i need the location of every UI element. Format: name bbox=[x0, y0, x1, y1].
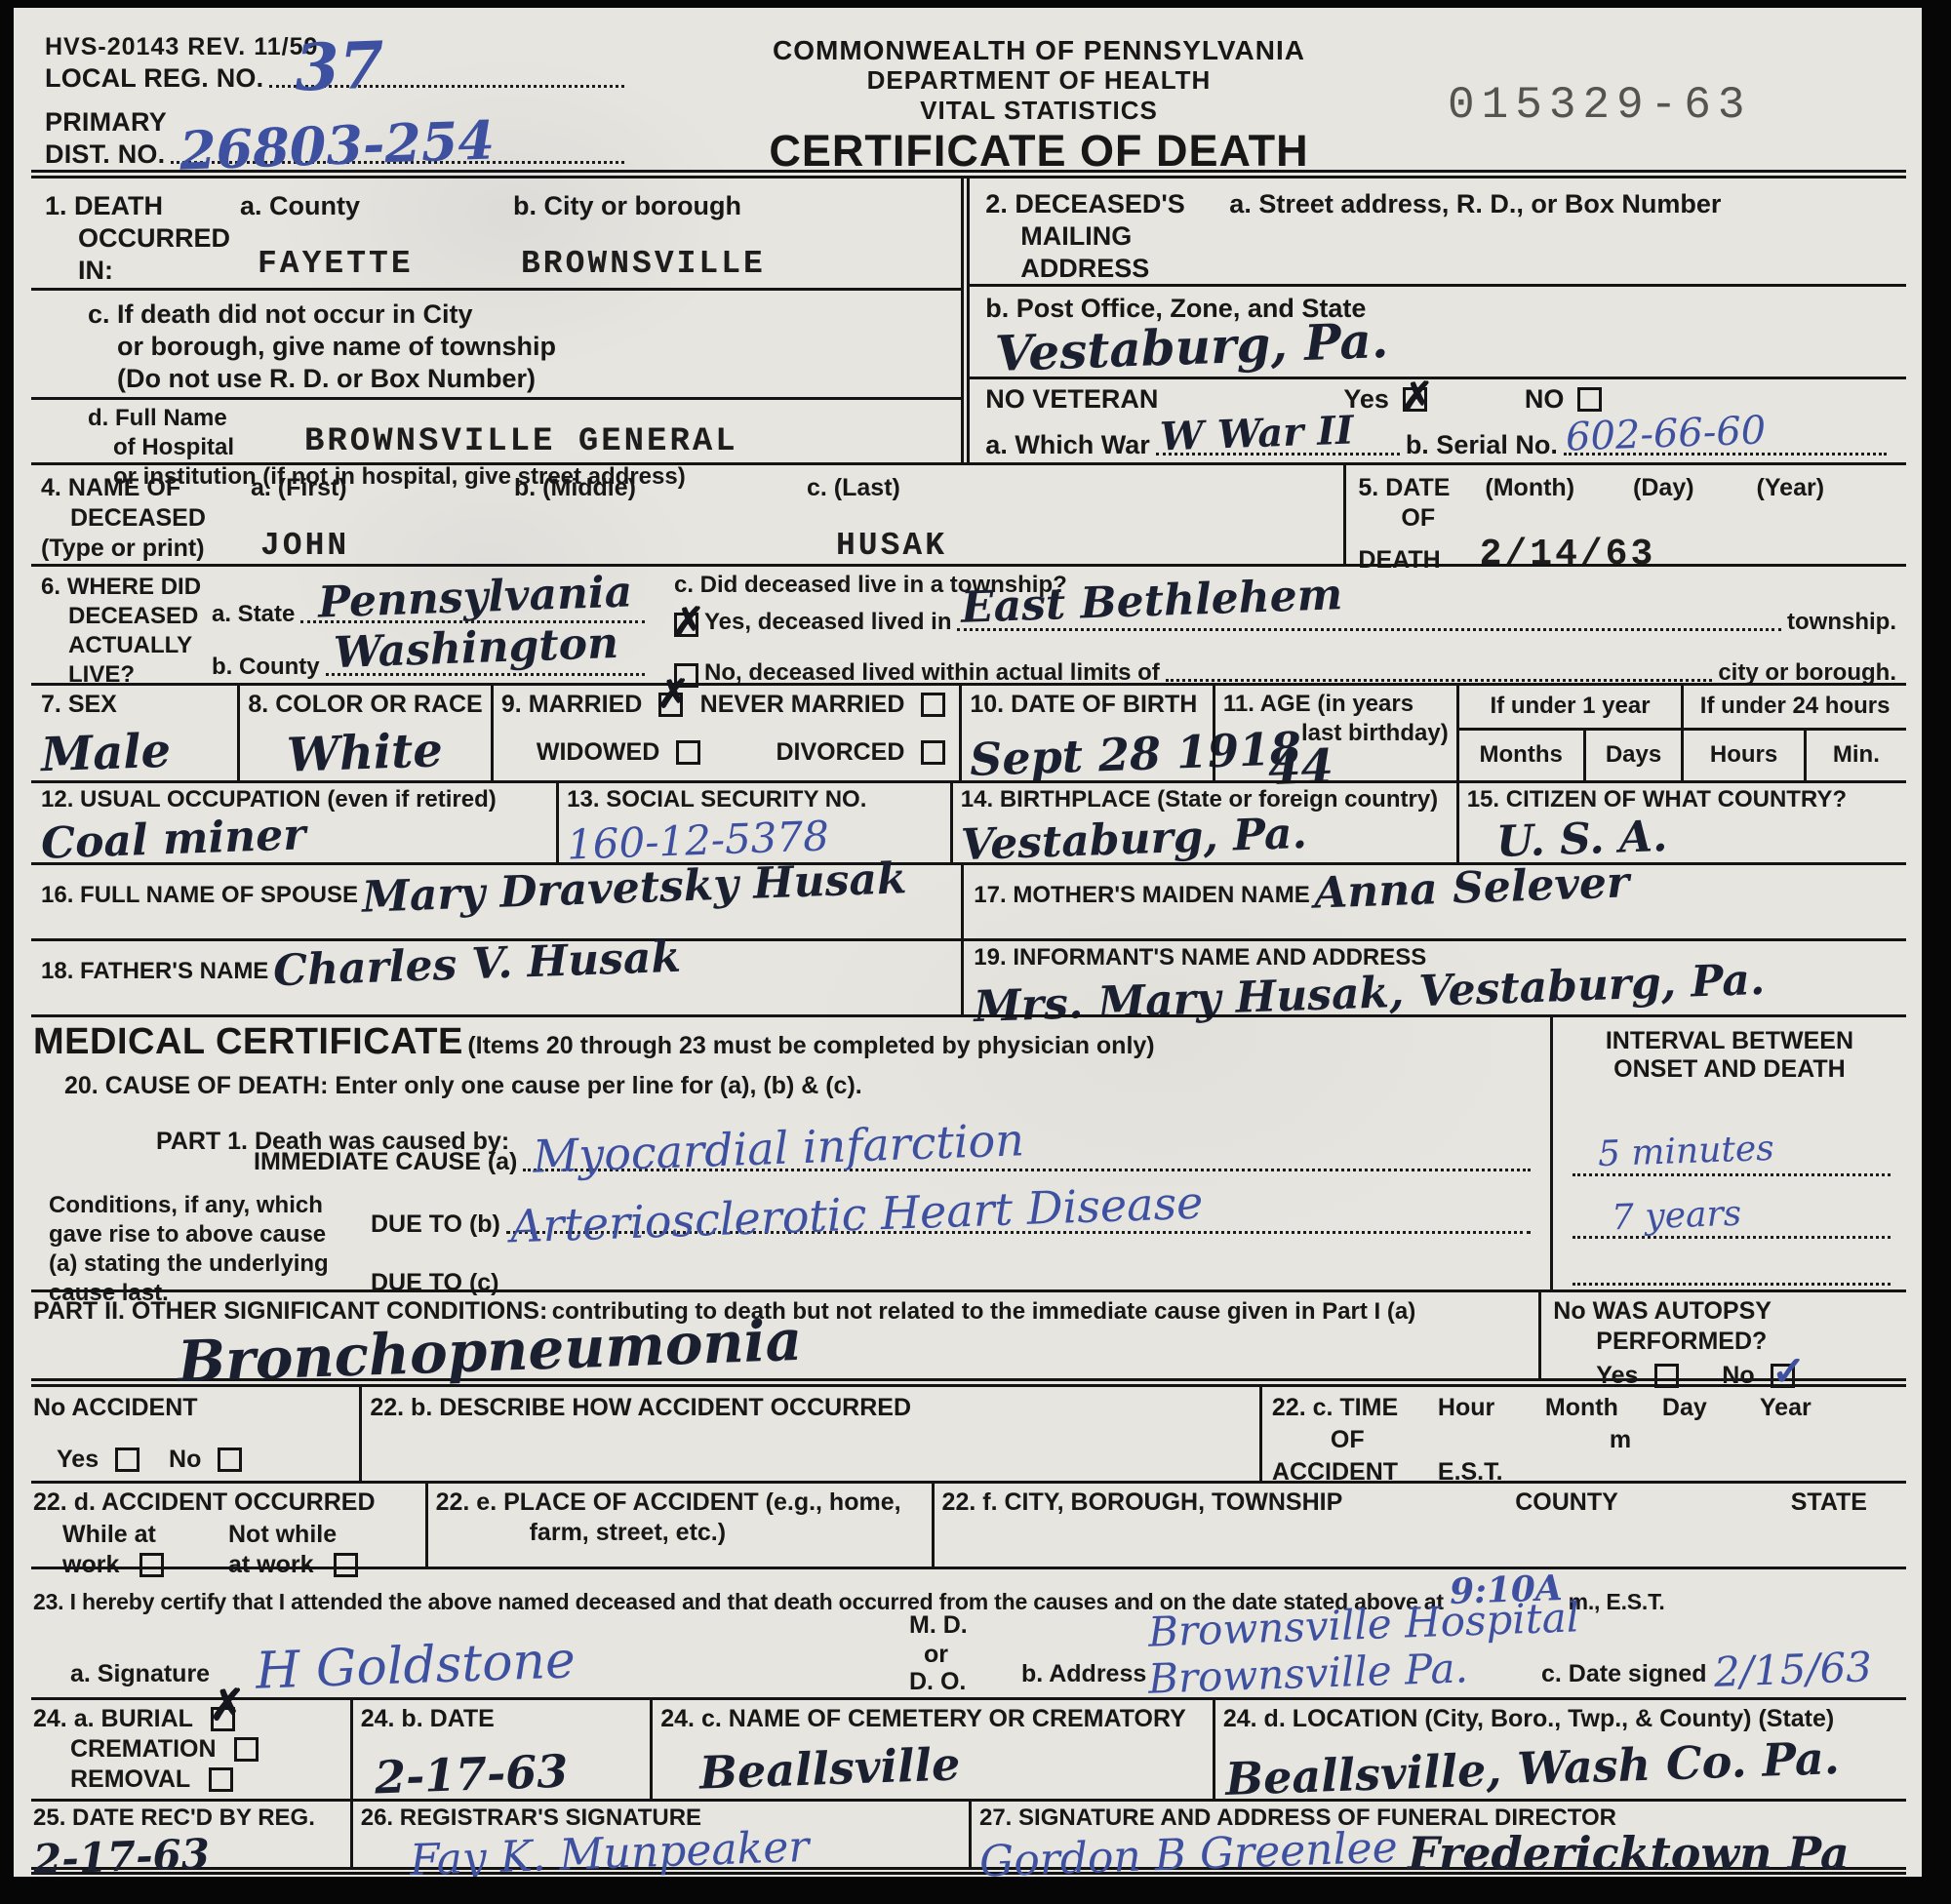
item-23-number: 23. bbox=[33, 1589, 63, 1614]
veteran-yes-checkbox: ✗ bbox=[1403, 387, 1427, 412]
veteran-no-checkbox bbox=[1577, 387, 1602, 412]
dist-no-label: DIST. NO. bbox=[45, 139, 165, 170]
first-name-label: a. (First) bbox=[251, 473, 514, 503]
accident-label: ACCIDENT bbox=[71, 1394, 197, 1421]
mother-value: Anna Selever bbox=[1313, 857, 1630, 918]
commonwealth-line: COMMONWEALTH OF PENNSYLVANIA bbox=[630, 35, 1448, 65]
physician-signature-label: a. Signature bbox=[70, 1659, 210, 1689]
sex-value: Male bbox=[40, 724, 172, 783]
cause-of-death-label: CAUSE OF DEATH: Enter only one cause per… bbox=[105, 1072, 862, 1099]
autopsy-yes-checkbox bbox=[1654, 1364, 1679, 1388]
city-borough-label: b. City or borough bbox=[513, 190, 961, 222]
do-label: D. O. bbox=[909, 1667, 966, 1697]
married-label: MARRIED bbox=[529, 691, 643, 718]
burial-mark: ✗ bbox=[209, 1690, 245, 1721]
box-1-death-occurred: 1. DEATH OCCURRED IN: a. County FAYETTE … bbox=[31, 178, 961, 462]
row-25-27: 25. DATE REC'D BY REG. 2-17-63 26. REGIS… bbox=[31, 1799, 1906, 1875]
father-value: Charles V. Husak bbox=[272, 932, 681, 997]
county-col-label: COUNTY bbox=[1515, 1487, 1618, 1518]
box-23-certification: 23. I hereby certify that I attended the… bbox=[31, 1567, 1906, 1697]
row-16-17: 16. FULL NAME OF SPOUSE Mary Dravetsky H… bbox=[31, 862, 1906, 938]
serial-no-value: 602-66-60 bbox=[1565, 408, 1767, 459]
box-14-birthplace: 14. BIRTHPLACE (State or foreign country… bbox=[950, 783, 1456, 862]
autopsy-no-checkbox: ✓ bbox=[1771, 1364, 1795, 1388]
item-6-number: 6. bbox=[41, 574, 60, 600]
city-borough-value: BROWNSVILLE bbox=[521, 248, 961, 280]
death-occurred-label3: IN: bbox=[45, 255, 240, 287]
under-1-year-label: If under 1 year bbox=[1459, 686, 1682, 731]
item-25-number: 25. bbox=[33, 1805, 65, 1831]
divorced-checkbox bbox=[921, 740, 945, 765]
box-4-name-of-deceased: 4. NAME OF DECEASED (Type or print) a. (… bbox=[31, 465, 1343, 564]
which-war-label: a. Which War bbox=[985, 429, 1150, 461]
occupation-label: USUAL OCCUPATION (even if retired) bbox=[80, 786, 497, 813]
item-16-number: 16. bbox=[41, 882, 73, 908]
item-18-number: 18. bbox=[41, 958, 73, 984]
item-20-number: 20. bbox=[64, 1072, 99, 1099]
box-11-age: 11. AGE (in years last birthday) 44 bbox=[1213, 686, 1456, 780]
veteran-yes-mark: ✗ bbox=[1401, 374, 1434, 419]
residence-deceased-label: DECEASED bbox=[41, 602, 212, 631]
township-name-line: East Bethlehem bbox=[957, 628, 1781, 631]
item-17-number: 17. bbox=[974, 882, 1006, 908]
box-17-mother: 17. MOTHER'S MAIDEN NAME Anna Selever bbox=[961, 865, 1906, 938]
medical-certificate-block: MEDICAL CERTIFICATE (Items 20 through 23… bbox=[31, 1014, 1906, 1289]
burial-checkbox: ✗ bbox=[211, 1707, 235, 1731]
under-24-hours-block: If under 24 hours Hours Min. bbox=[1681, 686, 1906, 780]
time-label: TIME bbox=[1339, 1394, 1398, 1421]
item-24b-number: 24. b. bbox=[361, 1705, 423, 1732]
box-22d-occurred: 22. d. ACCIDENT OCCURRED While at Not wh… bbox=[31, 1484, 425, 1567]
ssn-label: SOCIAL SECURITY NO. bbox=[606, 786, 866, 813]
row-7-11: 7. SEX Male 8. COLOR OR RACE White 9. MA… bbox=[31, 683, 1906, 780]
local-reg-label: LOCAL REG. NO. bbox=[45, 63, 263, 94]
autopsy-label1: WAS AUTOPSY bbox=[1593, 1297, 1772, 1325]
birthplace-label: BIRTHPLACE (State or foreign country) bbox=[1000, 786, 1438, 813]
box-24a-burial: 24. a. BURIAL ✗ CREMATION REMOVAL bbox=[31, 1700, 350, 1799]
box-10-date-of-birth: 10. DATE OF BIRTH Sept 28 1918 bbox=[959, 686, 1212, 780]
funeral-director-signature: Gordon B Greenlee bbox=[978, 1823, 1398, 1877]
immediate-cause-line: Myocardial infarction bbox=[523, 1169, 1530, 1171]
item-21-number: No bbox=[1553, 1297, 1585, 1325]
autopsy-yes-label: Yes bbox=[1596, 1362, 1638, 1389]
part2-row: PART II. OTHER SIGNIFICANT CONDITIONS: c… bbox=[31, 1289, 1906, 1387]
hospital-name-value: BROWNSVILLE GENERAL bbox=[304, 423, 738, 460]
interval-a-value: 5 minutes bbox=[1597, 1129, 1774, 1174]
race-value: White bbox=[286, 723, 444, 783]
veteran-no-label: NO bbox=[1525, 383, 1565, 416]
birthplace-value: Vestaburg, Pa. bbox=[960, 809, 1307, 870]
min-label: Min. bbox=[1804, 731, 1906, 780]
township-note-line2: or borough, give name of township bbox=[88, 331, 961, 363]
item-24a-number: 24. a. bbox=[33, 1705, 95, 1732]
date-signed-value: 2/15/63 bbox=[1713, 1643, 1873, 1696]
time-of-label: OF bbox=[1272, 1425, 1496, 1455]
item-1-number: 1. bbox=[45, 191, 67, 220]
medical-certificate-title: MEDICAL CERTIFICATE bbox=[33, 1021, 463, 1062]
day-label: (Day) bbox=[1633, 473, 1694, 503]
which-war-line: W War II bbox=[1156, 453, 1400, 456]
street-address-label: a. Street address, R. D., or Box Number bbox=[1229, 188, 1906, 220]
autopsy-label2: PERFORMED? bbox=[1553, 1327, 1896, 1357]
box-12-occupation: 12. USUAL OCCUPATION (even if retired) C… bbox=[31, 783, 556, 862]
year-col-label: Year bbox=[1760, 1393, 1812, 1423]
married-checkbox: ✗ bbox=[658, 693, 683, 717]
while-at-label: While at bbox=[62, 1520, 228, 1550]
local-reg-number: 37 bbox=[294, 26, 386, 105]
box-16-spouse: 16. FULL NAME OF SPOUSE Mary Dravetsky H… bbox=[31, 865, 961, 938]
physician-address-label: b. Address bbox=[1021, 1659, 1146, 1689]
citizen-label: CITIZEN OF WHAT COUNTRY? bbox=[1506, 786, 1847, 813]
certify-suffix: m., E.S.T. bbox=[1569, 1589, 1665, 1614]
box-21-autopsy: No WAS AUTOPSY PERFORMED? Yes No ✓ bbox=[1538, 1292, 1906, 1378]
md-label: M. D. bbox=[909, 1610, 968, 1641]
interval-c-line bbox=[1573, 1283, 1891, 1286]
conditions-label2: gave rise to above cause bbox=[49, 1220, 371, 1249]
box-27-funeral-director: 27. SIGNATURE AND ADDRESS OF FUNERAL DIR… bbox=[969, 1802, 1906, 1867]
widowed-checkbox bbox=[676, 740, 700, 765]
month-label: (Month) bbox=[1485, 473, 1574, 503]
deceased-label: DECEASED bbox=[41, 503, 251, 534]
box-26-registrar: 26. REGISTRAR'S SIGNATURE Fay K. Munpeak… bbox=[350, 1802, 969, 1867]
immediate-cause-value: Myocardial infarction bbox=[533, 1113, 1026, 1183]
interval-b-line: 7 years bbox=[1573, 1236, 1891, 1239]
death-occurred-label: DEATH bbox=[74, 191, 163, 220]
date-received-label: DATE REC'D BY REG. bbox=[72, 1805, 315, 1831]
date-signed-label: c. Date signed bbox=[1541, 1659, 1707, 1689]
item-22b-number: 22. b. bbox=[370, 1394, 432, 1421]
conditions-label1: Conditions, if any, which bbox=[49, 1191, 371, 1220]
autopsy-no-label: No bbox=[1722, 1362, 1754, 1389]
state-col-label: STATE bbox=[1791, 1487, 1867, 1518]
immediate-cause-label: IMMEDIATE CAUSE (a) bbox=[254, 1147, 517, 1177]
box-22f-city: 22. f. CITY, BOROUGH, TOWNSHIP COUNTY ST… bbox=[932, 1484, 1906, 1567]
item-14-number: 14. bbox=[961, 786, 993, 813]
never-married-checkbox bbox=[921, 693, 945, 717]
mailing-label: MAILING bbox=[985, 220, 1229, 253]
box-5-date-of-death: 5. DATE (Month) (Day) (Year) OF DEATH 2/… bbox=[1343, 465, 1906, 564]
item-24d-number: 24. d. bbox=[1223, 1705, 1286, 1732]
veteran-label: VETERAN bbox=[1032, 384, 1158, 414]
conditions-label3: (a) stating the underlying bbox=[49, 1249, 371, 1279]
item-9-number: 9. bbox=[501, 691, 522, 718]
accident-occurred-label: ACCIDENT OCCURRED bbox=[101, 1488, 376, 1516]
which-war-value: W War II bbox=[1159, 408, 1354, 460]
describe-accident-label: DESCRIBE HOW ACCIDENT OCCURRED bbox=[439, 1394, 911, 1421]
where-did-label: WHERE DID bbox=[67, 574, 201, 600]
accident-yes-label: Yes bbox=[57, 1446, 99, 1473]
header-title-block: COMMONWEALTH OF PENNSYLVANIA DEPARTMENT … bbox=[630, 33, 1448, 170]
not-while-label: Not while bbox=[228, 1520, 337, 1550]
row-22abc: No ACCIDENT Yes No 22. b. DESCRIBE HOW A… bbox=[31, 1387, 1906, 1481]
item-11-number: 11. bbox=[1223, 691, 1254, 717]
deceaseds-label: DECEASED'S bbox=[1015, 189, 1184, 218]
item-19-number: 19. bbox=[974, 944, 1006, 971]
box-15-citizen: 15. CITIZEN OF WHAT COUNTRY? U. S. A. bbox=[1456, 783, 1906, 862]
city-borough-township-label: CITY, BOROUGH, TOWNSHIP bbox=[1004, 1488, 1342, 1516]
box-6-residence: 6. WHERE DID DECEASED ACTUALLY LIVE? a. … bbox=[31, 564, 1906, 683]
county-residence-line: Washington bbox=[326, 673, 645, 676]
cemetery-value: Beallsville bbox=[698, 1737, 961, 1799]
hours-label: Hours bbox=[1684, 731, 1804, 780]
box-7-sex: 7. SEX Male bbox=[31, 686, 237, 780]
township-yes-checkbox: ✗ bbox=[674, 613, 698, 637]
middle-name-label: b. (Middle) bbox=[514, 473, 807, 503]
due-to-b-line: Arteriosclerotic Heart Disease bbox=[506, 1231, 1531, 1234]
item-15-number: 15. bbox=[1467, 786, 1499, 813]
box-22e-place: 22. e. PLACE OF ACCIDENT (e.g., home, fa… bbox=[425, 1484, 932, 1567]
place-of-accident-label1: PLACE OF ACCIDENT (e.g., home, bbox=[503, 1488, 900, 1516]
item-24c-number: 24. c. bbox=[660, 1705, 722, 1732]
date-label: DATE bbox=[1385, 474, 1450, 501]
box-19-informant: 19. INFORMANT'S NAME AND ADDRESS Mrs. Ma… bbox=[961, 941, 1906, 1014]
item-22e-number: 22. e. bbox=[436, 1488, 498, 1516]
part2-conditions: PART II. OTHER SIGNIFICANT CONDITIONS: c… bbox=[31, 1292, 1538, 1378]
cremation-label: CREMATION bbox=[70, 1735, 217, 1763]
burial-date-label: DATE bbox=[430, 1705, 495, 1732]
address-label: ADDRESS bbox=[985, 253, 1229, 285]
box-24d-location: 24. d. LOCATION (City, Boro., Twp., & Co… bbox=[1213, 1700, 1906, 1799]
father-label: FATHER'S NAME bbox=[80, 958, 268, 984]
item-22d-number: 22. d. bbox=[33, 1488, 96, 1516]
mother-label: MOTHER'S MAIDEN NAME bbox=[1013, 882, 1309, 908]
state-label: a. State bbox=[212, 600, 295, 629]
place-of-accident-label2: farm, street, etc.) bbox=[436, 1518, 932, 1548]
burial-label: BURIAL bbox=[101, 1705, 193, 1732]
item-4-number: 4. bbox=[41, 474, 61, 501]
interval-label2: ONSET AND DEATH bbox=[1553, 1055, 1906, 1084]
item-3-number: NO bbox=[985, 384, 1025, 414]
age-label2: last birthday) bbox=[1223, 719, 1456, 748]
county-label: a. County bbox=[240, 190, 513, 222]
medical-main: MEDICAL CERTIFICATE (Items 20 through 23… bbox=[31, 1017, 1550, 1289]
name-of-label: NAME OF bbox=[68, 474, 180, 501]
race-label: COLOR OR RACE bbox=[275, 691, 483, 718]
accident-yes-checkbox bbox=[115, 1448, 139, 1472]
item-22c-number: 22. c. bbox=[1272, 1394, 1334, 1421]
post-office-value: Vestaburg, Pa. bbox=[994, 311, 1389, 382]
informant-label: INFORMANT'S NAME AND ADDRESS bbox=[1013, 944, 1426, 971]
m-label: m bbox=[1496, 1425, 1631, 1455]
months-label: Months bbox=[1459, 731, 1583, 780]
divorced-label: DIVORCED bbox=[776, 738, 904, 766]
row-18-19: 18. FATHER'S NAME Charles V. Husak 19. I… bbox=[31, 938, 1906, 1014]
serial-no-label: b. Serial No. bbox=[1406, 429, 1558, 461]
never-married-label: NEVER MARRIED bbox=[700, 691, 905, 718]
department-line: DEPARTMENT OF HEALTH bbox=[630, 65, 1448, 96]
actually-label: ACTUALLY bbox=[41, 631, 212, 660]
month-col-label: Month bbox=[1545, 1393, 1662, 1423]
box-25-date-received: 25. DATE REC'D BY REG. 2-17-63 bbox=[31, 1802, 350, 1867]
row-22def: 22. d. ACCIDENT OCCURRED While at Not wh… bbox=[31, 1481, 1906, 1567]
spouse-label: FULL NAME OF SPOUSE bbox=[80, 882, 358, 908]
interval-column: INTERVAL BETWEEN ONSET AND DEATH 5 minut… bbox=[1550, 1017, 1906, 1289]
box-22c-time: 22. c. TIME Hour Month Day Year OF m ACC… bbox=[1259, 1387, 1906, 1481]
last-name-value: HUSAK bbox=[836, 531, 1343, 561]
county-residence-value: Washington bbox=[333, 618, 619, 678]
box-22b-describe: 22. b. DESCRIBE HOW ACCIDENT OCCURRED bbox=[359, 1387, 1259, 1481]
physician-signature-value: H Goldstone bbox=[255, 1631, 577, 1700]
last-name-label: c. (Last) bbox=[807, 473, 1343, 503]
row-24: 24. a. BURIAL ✗ CREMATION REMOVAL 24. b.… bbox=[31, 1697, 1906, 1799]
interval-a-line: 5 minutes bbox=[1573, 1173, 1891, 1176]
removal-label: REMOVAL bbox=[70, 1765, 190, 1793]
box-24c-cemetery: 24. c. NAME OF CEMETERY OR CREMATORY Bea… bbox=[650, 1700, 1213, 1799]
item-8-number: 8. bbox=[248, 691, 268, 718]
item-13-number: 13. bbox=[567, 786, 599, 813]
item-5-number: 5. bbox=[1358, 474, 1378, 501]
serial-no-line: 602-66-60 bbox=[1564, 453, 1887, 456]
year-label: (Year) bbox=[1757, 473, 1824, 503]
certificate-title: CERTIFICATE OF DEATH bbox=[630, 136, 1448, 166]
date-received-value: 2-17-63 bbox=[32, 1830, 211, 1877]
age-label1: AGE (in years bbox=[1260, 691, 1413, 717]
location-value: Beallsville, Wash Co. Pa. bbox=[1224, 1731, 1840, 1805]
certificate-paper: HVS-20143 REV. 11/59 LOCAL REG. NO. 37 P… bbox=[14, 8, 1922, 1877]
days-label: Days bbox=[1583, 731, 1682, 780]
item-10-number: 10. bbox=[970, 691, 1004, 718]
location-label: LOCATION (City, Boro., Twp., & County) (… bbox=[1293, 1705, 1835, 1732]
medical-certificate-subtitle: (Items 20 through 23 must be completed b… bbox=[467, 1032, 1154, 1059]
accident-no-label: No bbox=[169, 1446, 201, 1473]
accident-no-checkbox bbox=[218, 1448, 242, 1472]
row-12-15: 12. USUAL OCCUPATION (even if retired) C… bbox=[31, 780, 1906, 862]
city-limits-line bbox=[1166, 679, 1713, 682]
or-label: or bbox=[924, 1640, 948, 1670]
interval-label1: INTERVAL BETWEEN bbox=[1553, 1027, 1906, 1055]
box-22a-accident: No ACCIDENT Yes No bbox=[31, 1387, 359, 1481]
box-24b-date: 24. b. DATE 2-17-63 bbox=[350, 1700, 651, 1799]
type-or-print-label: (Type or print) bbox=[41, 534, 251, 564]
township-yes-text: Yes, deceased lived in bbox=[704, 608, 951, 637]
item-2-number: 2. bbox=[985, 189, 1008, 218]
state-file-number-stamp: 015329-63 bbox=[1448, 33, 1906, 170]
sex-label: SEX bbox=[68, 691, 117, 718]
burial-date-value: 2-17-63 bbox=[374, 1745, 569, 1805]
death-occurred-label2: OCCURRED bbox=[45, 222, 240, 255]
dob-label: DATE OF BIRTH bbox=[1011, 691, 1197, 718]
box-13-ssn: 13. SOCIAL SECURITY NO. 160-12-5378 bbox=[556, 783, 950, 862]
funeral-director-address: Fredericktown Pa bbox=[1408, 1827, 1850, 1877]
certificate-header: HVS-20143 REV. 11/59 LOCAL REG. NO. 37 P… bbox=[31, 8, 1906, 170]
box-18-father: 18. FATHER'S NAME Charles V. Husak bbox=[31, 941, 961, 1014]
day-col-label: Day bbox=[1662, 1393, 1760, 1423]
under-1-year-block: If under 1 year Months Days bbox=[1456, 686, 1682, 780]
due-to-b-label: DUE TO (b) bbox=[371, 1210, 500, 1240]
box-2-mailing-address: 2. DECEASED'S MAILING ADDRESS a. Street … bbox=[961, 178, 1906, 462]
of-label: OF bbox=[1358, 503, 1894, 534]
under-24-hours-label: If under 24 hours bbox=[1684, 686, 1906, 731]
vital-statistics-line: VITAL STATISTICS bbox=[630, 96, 1448, 126]
item-26-number: 26. bbox=[361, 1805, 393, 1831]
item-12-number: 12. bbox=[41, 786, 73, 813]
item-22a-number: No bbox=[33, 1394, 65, 1421]
cremation-checkbox bbox=[234, 1737, 259, 1762]
box-9-marital-status: 9. MARRIED ✗ NEVER MARRIED WIDOWED DIVOR… bbox=[491, 686, 960, 780]
cemetery-label: NAME OF CEMETERY OR CREMATORY bbox=[729, 1705, 1186, 1732]
box-8-color-race: 8. COLOR OR RACE White bbox=[237, 686, 490, 780]
township-note-line3: (Do not use R. D. or Box Number) bbox=[88, 363, 961, 395]
township-yes-mark: ✗ bbox=[672, 599, 705, 645]
occupation-value: Coal miner bbox=[40, 810, 306, 868]
county-residence-label: b. County bbox=[212, 653, 320, 682]
hour-label: Hour bbox=[1438, 1393, 1545, 1423]
item-22f-number: 22. f. bbox=[942, 1488, 998, 1516]
spouse-value: Mary Dravetsky Husak bbox=[362, 853, 908, 922]
married-mark: ✗ bbox=[657, 679, 690, 709]
removal-checkbox bbox=[209, 1767, 233, 1792]
first-name-value: JOHN bbox=[260, 531, 514, 561]
physician-address-line2: Brownsville Pa. bbox=[1147, 1644, 1468, 1702]
township-suffix: township. bbox=[1787, 608, 1896, 637]
interval-b-value: 7 years bbox=[1611, 1194, 1741, 1239]
county-value: FAYETTE bbox=[258, 248, 513, 280]
item-7-number: 7. bbox=[41, 691, 61, 718]
township-note-line1: c. If death did not occur in City bbox=[88, 298, 961, 331]
scanned-death-certificate: HVS-20143 REV. 11/59 LOCAL REG. NO. 37 P… bbox=[0, 0, 1951, 1904]
widowed-label: WIDOWED bbox=[537, 738, 659, 766]
